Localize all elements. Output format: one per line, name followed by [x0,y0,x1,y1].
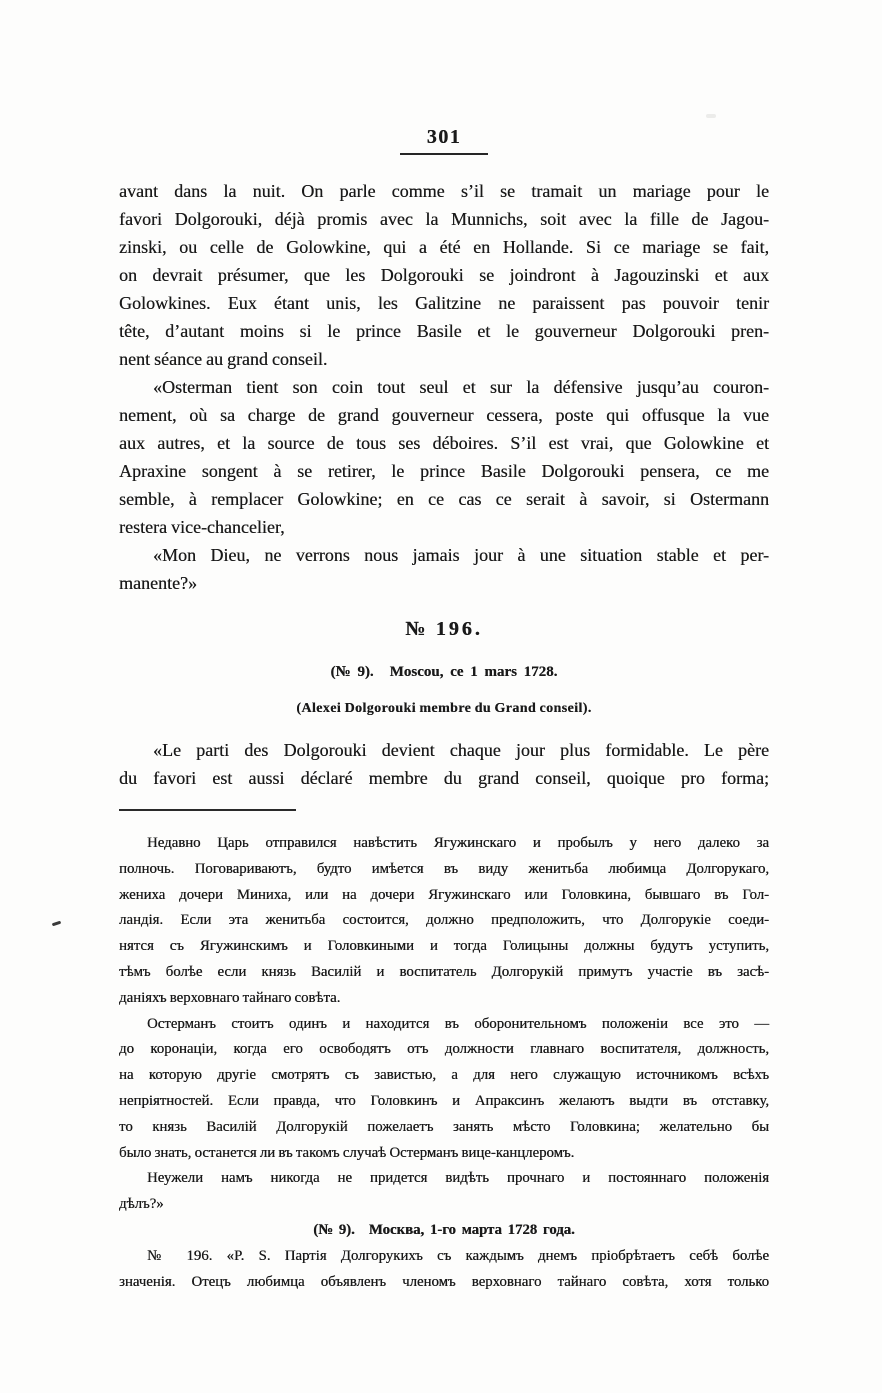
text-line: значенія. Отецъ любимца объявленъ членом… [119,1270,769,1296]
text-line: то князь Василій Долгорукій пожелаетъ за… [119,1115,769,1141]
text-line: № 196. «P. S. Партія Долгорукихъ съ кажд… [119,1244,769,1270]
page-number: 301 [400,126,489,155]
text-line: «Osterman tient son coin tout seul et su… [119,373,769,401]
text-line: Остерманъ стоитъ одинъ и находится въ об… [119,1012,769,1038]
text-line: Golowkines. Eux étant unis, les Galitzin… [119,289,769,317]
text-line: zinski, ou celle de Golowkine, qui a été… [119,233,769,261]
text-line: на которую другіе смотрятъ съ завистью, … [119,1063,769,1089]
entry-number-heading: № 196. [119,615,769,643]
page-header: 301 [119,126,769,155]
text-line: aux autres, et la source de tous ses déb… [119,429,769,457]
footnote-ref-number: (№ 9). [313,1222,355,1238]
paragraph: «Mon Dieu, ne verrons nous jamais jour à… [119,541,769,597]
text-line: nent séance au grand conseil. [119,345,769,373]
text-line: «Mon Dieu, ne verrons nous jamais jour à… [119,541,769,569]
text-line: «Le parti des Dolgorouki devient chaque … [119,736,769,764]
text-line: nement, où sa charge de grand gouverneur… [119,401,769,429]
text-line: до коронаціи, когда его освободятъ отъ д… [119,1037,769,1063]
scanned-book-page: 301 avant dans la nuit. On parle comme s… [0,0,882,1393]
paragraph: «Le parti des Dolgorouki devient chaque … [119,736,769,792]
footnote-place-date: Москва, 1-го марта 1728 года. [369,1222,575,1238]
footnote-separator [119,809,296,811]
text-line: avant dans la nuit. On parle comme s’il … [119,177,769,205]
text-line: полночь. Поговариваютъ, будто имѣется въ… [119,857,769,883]
text-line: restera vice-chancelier, [119,513,769,541]
text-line: было знать, останется ли въ такомъ случа… [119,1141,769,1167]
entry-attribution: (Alexei Dolgorouki membre du Grand conse… [119,695,769,723]
entry-ref-number: (№ 9). [331,664,374,680]
text-line: Недавно Царь отправился навѣстить Ягужин… [119,831,769,857]
text-line: Неужели намъ никогда не придется видѣть … [119,1166,769,1192]
scan-smudge [706,114,716,118]
text-line: нятся съ Ягужинскимъ и Головкиными и тог… [119,934,769,960]
entry-place-date: Moscou, ce 1 mars 1728. [390,664,558,680]
paragraph: Остерманъ стоитъ одинъ и находится въ об… [119,1012,769,1167]
text-line: даніяхъ верховнаго тайнаго совѣта. [119,986,769,1012]
text-line: on devrait présumer, que les Dolgorouki … [119,261,769,289]
text-line: непріятностей. Если правда, что Головкин… [119,1089,769,1115]
paragraph: «Osterman tient son coin tout seul et su… [119,373,769,541]
margin-ink-mark [52,921,61,927]
paragraph: avant dans la nuit. On parle comme s’il … [119,177,769,373]
text-line: favori Dolgorouki, déjà promis avec la M… [119,205,769,233]
text-line: semble, à remplacer Golowkine; en ce cas… [119,485,769,513]
text-line: ландія. Если эта женитьба состоится, дол… [119,908,769,934]
french-letter-text: avant dans la nuit. On parle comme s’il … [119,177,769,792]
footnote-dateline: (№ 9).Москва, 1-го марта 1728 года. [119,1218,769,1244]
text-line: Apraxine songent à se retirer, le prince… [119,457,769,485]
text-line: du favori est aussi déclaré membre du gr… [119,764,769,792]
text-line: дѣлъ?» [119,1192,769,1218]
russian-footnote-text: Недавно Царь отправился навѣстить Ягужин… [119,831,769,1295]
paragraph: № 196. «P. S. Партія Долгорукихъ съ кажд… [119,1244,769,1296]
entry-dateline: (№ 9).Moscou, ce 1 mars 1728. [119,658,769,686]
text-line: жениха дочери Миниха, или на дочери Ягуж… [119,883,769,909]
paragraph: Недавно Царь отправился навѣстить Ягужин… [119,831,769,1012]
text-line: manente?» [119,569,769,597]
paragraph: Неужели намъ никогда не придется видѣть … [119,1166,769,1218]
text-line: тѣмъ болѣе если князь Василій и воспитат… [119,960,769,986]
text-line: tête, d’autant moins si le prince Basile… [119,317,769,345]
text-column: 301 avant dans la nuit. On parle comme s… [119,0,769,1295]
